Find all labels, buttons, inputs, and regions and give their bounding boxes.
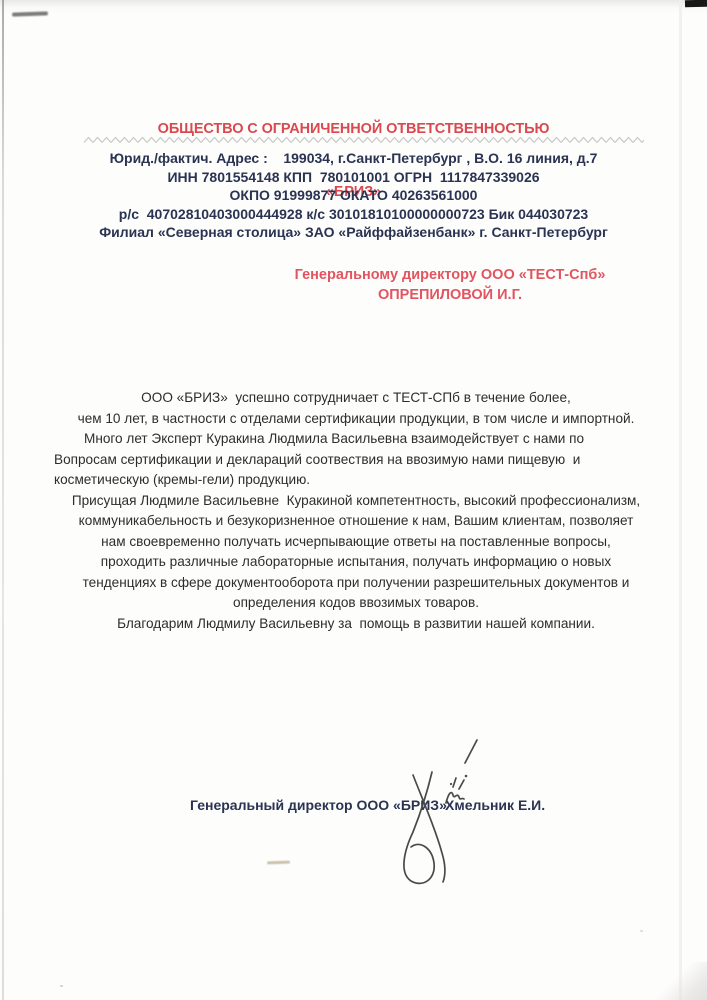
paragraph-thanks: Благодарим Людмилу Васильевну за помощь …: [54, 614, 658, 635]
scanned-letter-page: ОБЩЕСТВО С ОГРАНИЧЕННОЙ ОТВЕТСТВЕННОСТЬЮ…: [0, 0, 707, 1000]
handwritten-signature: [388, 727, 523, 892]
requisites-bank-accounts: р/с 40702810403000444928 к/с 30101810100…: [0, 205, 707, 224]
scan-artifact-speck: [640, 930, 643, 932]
letter-body: ООО «БРИЗ» успешно сотрудничает с ТЕСТ-С…: [54, 388, 658, 634]
paragraph-cooperation: ООО «БРИЗ» успешно сотрудничает с ТЕСТ-С…: [54, 388, 658, 429]
scan-artifact-speck: [60, 985, 63, 987]
paragraph-competence: Присущая Людмиле Васильевне Куракиной ко…: [54, 491, 658, 614]
recipient-name: ОПРЕПИЛОВОЙ И.Г.: [240, 286, 660, 306]
requisites-okpo-okato: ОКПО 91999877 ОКАТО 40263561000: [0, 186, 707, 205]
requisites-bank-name: Филиал «Северная столица» ЗАО «Райффайзе…: [0, 223, 707, 242]
scan-artifact-corner-mark: [685, 0, 707, 7]
divider-squiggle: [84, 136, 644, 144]
scan-artifact-top-edge: [0, 0, 707, 14]
scan-artifact-pen-dash: [267, 861, 290, 865]
recipient-position: Генеральному директору ООО «ТЕСТ-Спб»: [240, 266, 660, 286]
requisites-inn-kpp-ogrn: ИНН 7801554148 КПП 780101001 ОГРН 111784…: [0, 168, 707, 187]
requisites-block: Юрид./фактич. Адрес : 199034, г.Санкт-Пе…: [0, 149, 707, 242]
recipient-block: Генеральному директору ООО «ТЕСТ-Спб» ОП…: [240, 266, 660, 305]
requisites-address: Юрид./фактич. Адрес : 199034, г.Санкт-Пе…: [0, 149, 707, 168]
scan-artifact-smudge: [12, 11, 48, 16]
scan-artifact-corner-shadow: [655, 962, 707, 1000]
paragraph-expert: Много лет Эксперт Куракина Людмила Васил…: [54, 429, 658, 491]
